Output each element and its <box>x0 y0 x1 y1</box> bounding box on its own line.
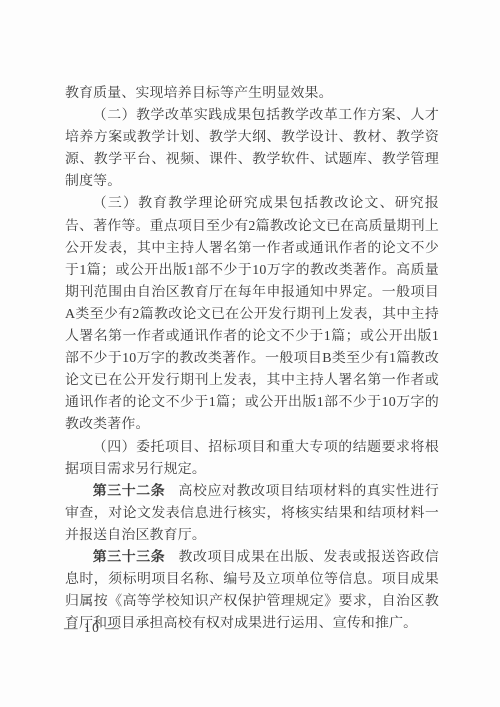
paragraph-text: 教育质量、实现培养目标等产生明显效果。 <box>65 86 333 101</box>
page-number: — 10 — <box>64 620 120 636</box>
paragraph-text: （三）教育教学理论研究成果包括教改论文、研究报告、著作等。重点项目至少有2篇教改… <box>65 196 439 432</box>
paragraph-continuation: 教育质量、实现培养目标等产生明显效果。 <box>65 83 439 105</box>
document-page: 教育质量、实现培养目标等产生明显效果。 （二）教学改革实践成果包括教学改革工作方… <box>0 0 500 707</box>
page-text-block: 教育质量、实现培养目标等产生明显效果。 （二）教学改革实践成果包括教学改革工作方… <box>65 83 439 635</box>
paragraph-article-32: 第三十二条高校应对教改项目结项材料的真实性进行审查，对论文发表信息进行核实，将核… <box>65 481 439 547</box>
paragraph-item-3: （三）教育教学理论研究成果包括教改论文、研究报告、著作等。重点项目至少有2篇教改… <box>65 193 439 436</box>
paragraph-item-4: （四）委托项目、招标项目和重大专项的结题要求将根据项目需求另行规定。 <box>65 437 439 481</box>
article-number: 第三十三条 <box>93 550 165 565</box>
article-number: 第三十二条 <box>93 484 165 499</box>
paragraph-text: （二）教学改革实践成果包括教学改革工作方案、人才培养方案或教学计划、教学大纲、教… <box>65 108 439 189</box>
paragraph-article-33: 第三十三条教改项目成果在出版、发表或报送咨政信息时，须标明项目名称、编号及立项单… <box>65 547 439 635</box>
paragraph-item-2: （二）教学改革实践成果包括教学改革工作方案、人才培养方案或教学计划、教学大纲、教… <box>65 105 439 193</box>
paragraph-text: （四）委托项目、招标项目和重大专项的结题要求将根据项目需求另行规定。 <box>65 440 439 477</box>
